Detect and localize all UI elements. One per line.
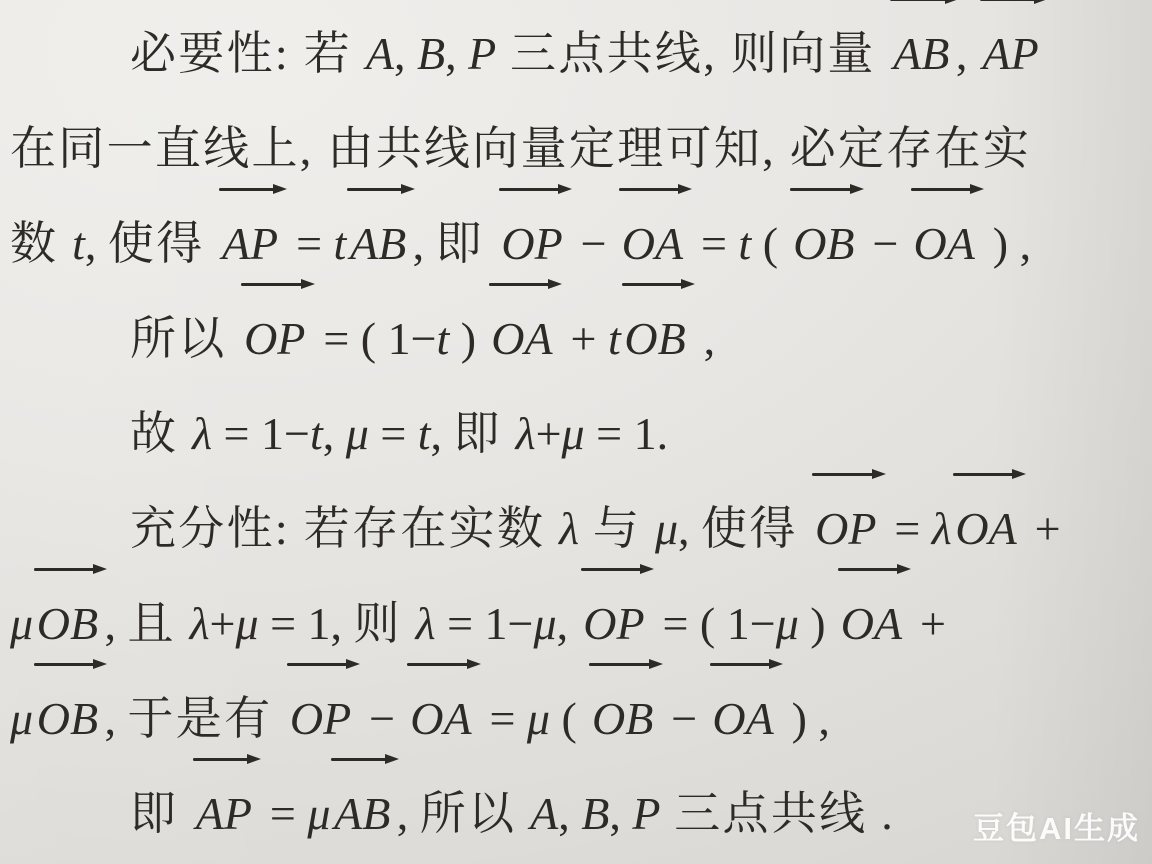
chinese-text: 于是有 bbox=[128, 693, 287, 744]
math-symbol: t bbox=[334, 218, 347, 269]
math-punctuation: − bbox=[569, 218, 618, 269]
vector-oa-with-arrow-icon: OA bbox=[489, 291, 554, 386]
math-punctuation: + bbox=[909, 598, 946, 649]
math-symbol: λ bbox=[516, 408, 536, 459]
chinese-text: 充分性: 若存在实数 bbox=[130, 503, 559, 554]
math-punctuation: = 1. bbox=[585, 408, 668, 459]
vector-op-with-arrow-icon: OP bbox=[288, 671, 353, 766]
math-punctuation: = bbox=[478, 693, 527, 744]
chinese-text: 且 bbox=[128, 598, 190, 649]
chinese-text: 必要性: 若 bbox=[130, 28, 366, 79]
math-punctuation: , bbox=[413, 218, 436, 269]
vector-op-with-arrow-icon: OP bbox=[242, 291, 307, 386]
vector-ab-with-arrow-icon: AB bbox=[891, 6, 951, 101]
math-punctuation: , bbox=[558, 788, 581, 839]
chinese-text: 三点共线, 则向量 bbox=[496, 28, 889, 79]
math-punctuation: − bbox=[660, 693, 709, 744]
math-symbol: μ bbox=[562, 408, 585, 459]
math-punctuation: − bbox=[861, 218, 910, 269]
vector-ap-with-arrow-icon: AP bbox=[981, 6, 1041, 101]
math-symbol: μ bbox=[655, 503, 678, 554]
math-symbol: μ bbox=[307, 788, 330, 839]
vector-ob-with-arrow-icon: OB bbox=[623, 291, 688, 386]
chinese-text: 使得 bbox=[701, 503, 811, 554]
vector-op-with-arrow-icon: OP bbox=[581, 576, 646, 671]
math-symbol: P bbox=[468, 28, 496, 79]
math-symbol: t bbox=[72, 218, 85, 269]
math-symbol: μ bbox=[533, 598, 556, 649]
chinese-text: 与 bbox=[579, 503, 655, 554]
math-symbol: t bbox=[738, 218, 751, 269]
vector-op-with-arrow-icon: OP bbox=[500, 196, 565, 291]
math-punctuation: = bbox=[369, 408, 418, 459]
math-punctuation: , bbox=[105, 598, 128, 649]
vector-ob-with-arrow-icon: OB bbox=[791, 196, 856, 291]
math-punctuation: , bbox=[445, 28, 468, 79]
photographed-textbook-page: 必要性: 若 A, B, P 三点共线, 则向量 AB, AP在同一直线上, 由… bbox=[0, 0, 1152, 864]
math-symbol: μ bbox=[10, 693, 33, 744]
math-symbol: μ bbox=[346, 408, 369, 459]
text-line: μOB, 于是有 OP − OA = μ ( OB − OA ) , bbox=[10, 671, 1146, 766]
math-punctuation: , bbox=[609, 788, 632, 839]
chinese-text: 三点共线 . bbox=[660, 788, 895, 839]
math-symbol: t bbox=[310, 408, 323, 459]
chinese-text: 即 bbox=[130, 788, 192, 839]
vector-ob-with-arrow-icon: OB bbox=[35, 576, 100, 671]
chinese-text: 所以 bbox=[130, 313, 240, 364]
text-line: 必要性: 若 A, B, P 三点共线, 则向量 AB, AP bbox=[10, 6, 1146, 101]
math-punctuation: , bbox=[692, 313, 715, 364]
math-punctuation: + bbox=[536, 408, 562, 459]
math-punctuation: , bbox=[678, 503, 701, 554]
math-punctuation: ) bbox=[799, 598, 837, 649]
text-line: μOB, 且 λ+μ = 1, 则 λ = 1−μ, OP = ( 1−μ ) … bbox=[10, 576, 1146, 671]
math-symbol: t bbox=[418, 408, 431, 459]
math-symbol: λ bbox=[932, 503, 952, 554]
math-symbol: P bbox=[632, 788, 660, 839]
text-line: 故 λ = 1−t, μ = t, 即 λ+μ = 1. bbox=[10, 386, 1146, 481]
math-symbol: B bbox=[581, 788, 609, 839]
math-punctuation: = ( 1− bbox=[651, 598, 776, 649]
text-line: 充分性: 若存在实数 λ 与 μ, 使得 OP = λOA + bbox=[10, 481, 1146, 576]
math-punctuation: = bbox=[285, 218, 334, 269]
vector-oa-with-arrow-icon: OA bbox=[912, 196, 977, 291]
math-punctuation: + bbox=[210, 598, 236, 649]
math-punctuation: , bbox=[105, 693, 128, 744]
math-symbol: λ bbox=[559, 503, 579, 554]
math-punctuation: ( bbox=[550, 693, 588, 744]
math-punctuation: = 1− bbox=[212, 408, 310, 459]
vector-oa-with-arrow-icon: OA bbox=[839, 576, 904, 671]
proof-text-block: 必要性: 若 A, B, P 三点共线, 则向量 AB, AP在同一直线上, 由… bbox=[0, 0, 1152, 861]
chinese-text: 即 bbox=[436, 218, 498, 269]
math-punctuation: + bbox=[559, 313, 608, 364]
math-punctuation: ) , bbox=[780, 693, 830, 744]
vector-ob-with-arrow-icon: OB bbox=[590, 671, 655, 766]
math-symbol: λ bbox=[190, 598, 210, 649]
math-symbol: B bbox=[417, 28, 445, 79]
watermark: 豆包AI生成 bbox=[973, 803, 1140, 848]
math-punctuation: , bbox=[557, 598, 580, 649]
chinese-text: 数 bbox=[10, 218, 72, 269]
math-punctuation: = 1, bbox=[259, 598, 354, 649]
vector-ob-with-arrow-icon: OB bbox=[35, 671, 100, 766]
math-symbol: μ bbox=[527, 693, 550, 744]
chinese-text: 使得 bbox=[108, 218, 218, 269]
math-symbol: λ bbox=[192, 408, 212, 459]
math-punctuation: + bbox=[1023, 503, 1060, 554]
math-symbol: A bbox=[366, 28, 394, 79]
math-punctuation: , bbox=[956, 28, 979, 79]
math-punctuation: ( bbox=[751, 218, 789, 269]
math-punctuation: = bbox=[689, 218, 738, 269]
vector-ab-with-arrow-icon: AB bbox=[332, 766, 392, 861]
vector-ap-with-arrow-icon: AP bbox=[220, 196, 280, 291]
vector-ap-with-arrow-icon: AP bbox=[194, 766, 254, 861]
math-punctuation: , bbox=[323, 408, 346, 459]
text-line: 所以 OP = ( 1−t ) OA + tOB , bbox=[10, 291, 1146, 386]
math-punctuation: , bbox=[85, 218, 108, 269]
math-symbol: t bbox=[437, 313, 450, 364]
math-symbol: t bbox=[608, 313, 621, 364]
math-symbol: λ bbox=[416, 598, 436, 649]
vector-ab-with-arrow-icon: AB bbox=[348, 196, 408, 291]
math-symbol: μ bbox=[10, 598, 33, 649]
math-punctuation: = bbox=[258, 788, 307, 839]
chinese-text: 在同一直线上, 由共线向量定理可知, 必定存在实 bbox=[10, 123, 1031, 174]
math-symbol: μ bbox=[236, 598, 259, 649]
math-symbol: μ bbox=[776, 598, 799, 649]
chinese-text: 即 bbox=[454, 408, 516, 459]
chinese-text: 则 bbox=[354, 598, 416, 649]
math-punctuation: = 1− bbox=[436, 598, 534, 649]
text-line: 在同一直线上, 由共线向量定理可知, 必定存在实 bbox=[10, 101, 1146, 196]
chinese-text: 故 bbox=[130, 408, 192, 459]
math-punctuation: = bbox=[883, 503, 932, 554]
vector-oa-with-arrow-icon: OA bbox=[711, 671, 776, 766]
math-punctuation: , bbox=[397, 788, 420, 839]
math-punctuation: − bbox=[358, 693, 407, 744]
math-symbol: A bbox=[530, 788, 558, 839]
math-punctuation: , bbox=[394, 28, 417, 79]
math-punctuation: ) , bbox=[981, 218, 1031, 269]
vector-oa-with-arrow-icon: OA bbox=[954, 481, 1019, 576]
math-punctuation: , bbox=[431, 408, 454, 459]
vector-oa-with-arrow-icon: OA bbox=[620, 196, 685, 291]
math-punctuation: = ( 1− bbox=[312, 313, 437, 364]
vector-op-with-arrow-icon: OP bbox=[813, 481, 878, 576]
vector-oa-with-arrow-icon: OA bbox=[408, 671, 473, 766]
chinese-text: 所以 bbox=[420, 788, 530, 839]
math-punctuation: ) bbox=[449, 313, 487, 364]
text-line: 数 t, 使得 AP = tAB, 即 OP − OA = t ( OB − O… bbox=[10, 196, 1146, 291]
